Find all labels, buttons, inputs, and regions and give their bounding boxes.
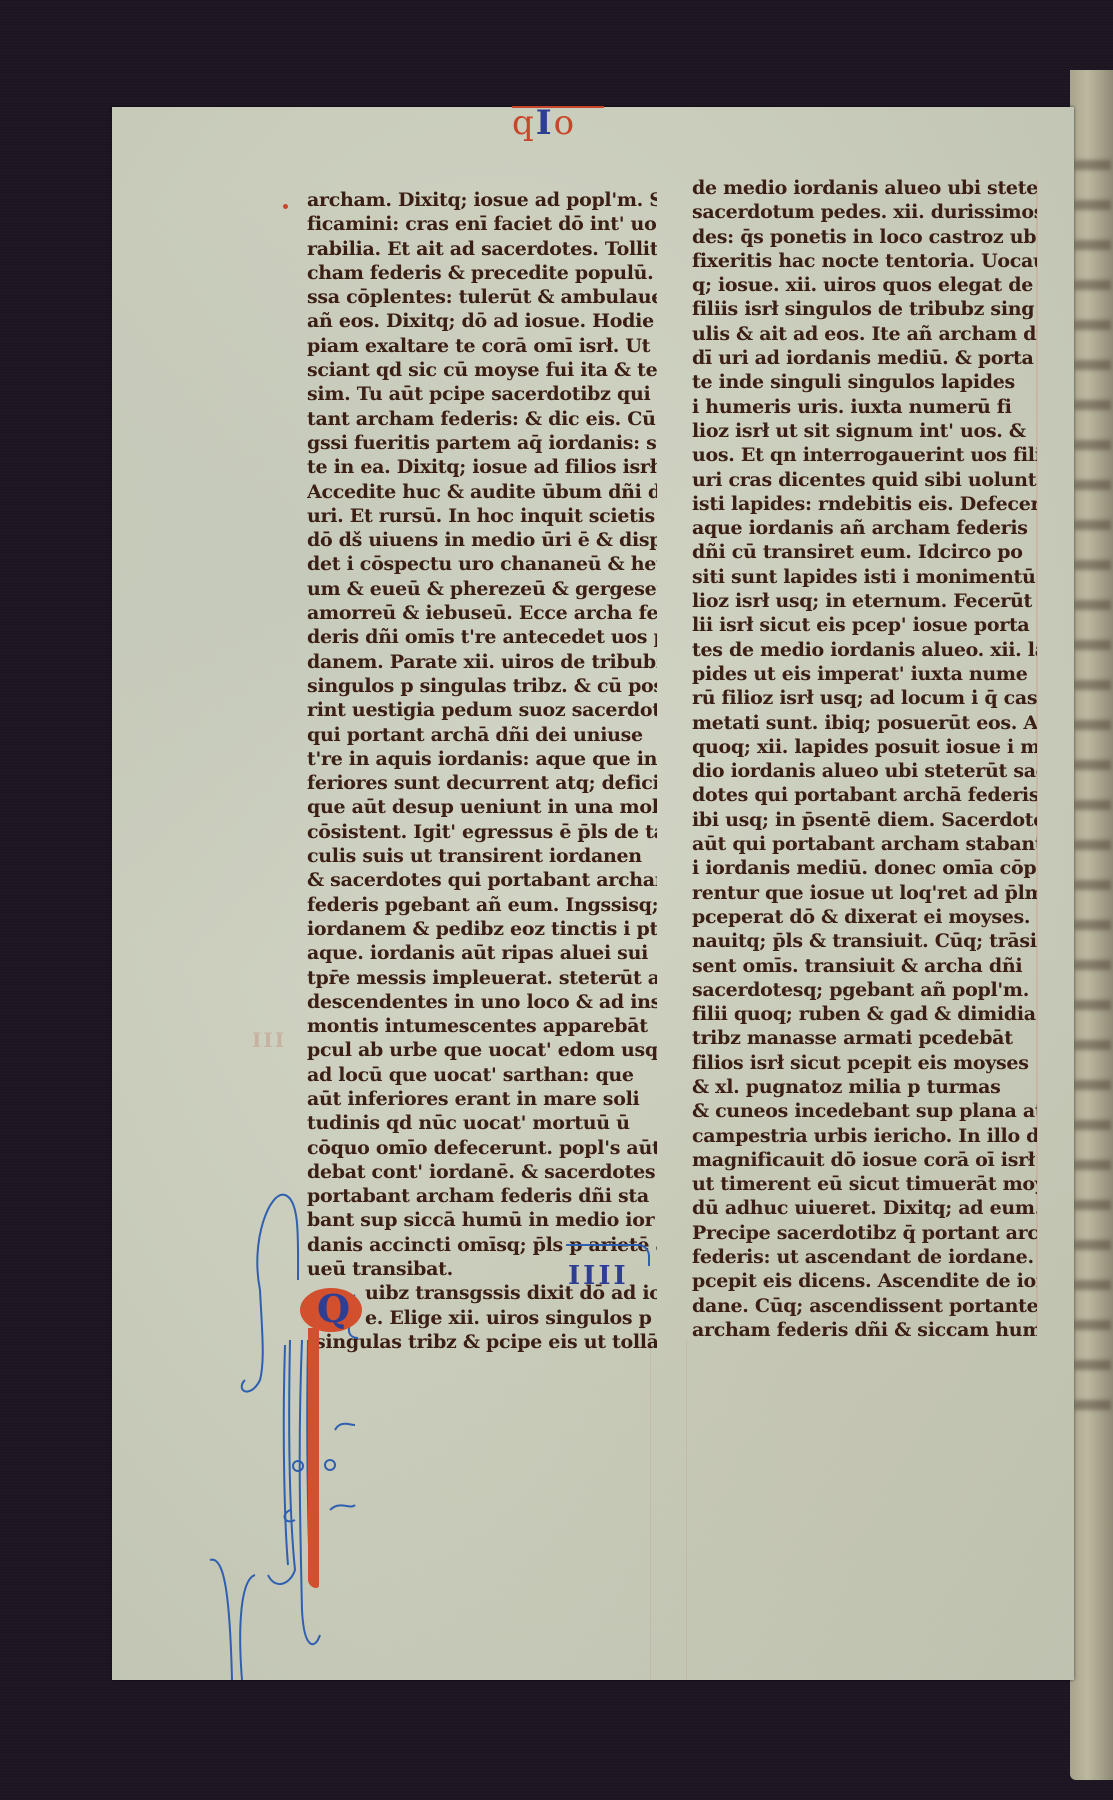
text-line: Precipe sacerdotibz q̄ portant archā [692,1221,1037,1245]
text-line: dane. Cūq; ascendissent portantes [692,1294,1037,1318]
text-line: cham federis & precedite populū. Q̄ i [307,261,657,285]
text-line: Accedite huc & audite ūbum dñi dei [307,480,657,504]
text-line: culis suis ut transirent iordanen [307,844,657,868]
text-line: piam exaltare te corā omī isrł. Ut [307,334,657,358]
text-line: filiis isrł singulos de tribubz sing [692,297,1037,321]
text-line: te in ea. Dixitq; iosue ad filios isrł. [307,455,657,479]
running-header-red-suffix: o [554,103,576,143]
text-line: metati sunt. ibiq; posuerūt eos. Alios [692,711,1037,735]
text-line: pceperat dō & dixerat ei moyses. Festi [692,905,1037,929]
chapter-marker-label: IIII [568,1261,629,1291]
text-line: federis pgebant añ eum. Ingssisq; [307,893,657,917]
ruling-line [686,1340,687,1680]
text-line: des: q̄s ponetis in loco castroz ubi [692,225,1037,249]
text-line: ad locū que uocat' sarthan: que [307,1063,657,1087]
text-line: pides ut eis imperat' iuxta nume [692,662,1037,686]
text-line: siti sunt lapides isti i monimentū fi [692,565,1037,589]
red-margin-dot [283,204,288,209]
text-line: uri. Et rursū. In hoc inquit scietis q [307,504,657,528]
text-line: dō dš uiuens in medio ūri ē & disp [307,528,657,552]
text-line: dotes qui portabant archā federis: & sūt [692,783,1037,807]
penwork-flourish-icon [190,1180,390,1680]
text-line: tant archam federis: & dic eis. Cū i [307,407,657,431]
text-line: aque iordanis añ archam federis [692,516,1037,540]
text-line: deris dñi omīs t're antecedet uos p ior [307,625,657,649]
text-line: tes de medio iordanis alueo. xii. la [692,638,1037,662]
text-line: montis intumescentes apparebāt [307,1014,657,1038]
text-line: ssa cōplentes: tulerūt & ambulauerūt [307,285,657,309]
text-line: cōquo omīo defecerunt. popl's aūt ince [307,1136,657,1160]
text-line: singulos p singulas tribz. & cū posue [307,674,657,698]
text-line: ficamini: cras enī faciet dō int' uos mi [307,212,657,236]
text-line: rabilia. Et ait ad sacerdotes. Tollite a… [307,237,657,261]
text-line: de medio iordanis alueo ubi steterūt [692,176,1037,200]
text-line: filii quoq; ruben & gad & dimidia [692,1002,1037,1026]
text-line: sim. Tu aūt pcipe sacerdotibz qui por [307,382,657,406]
text-line: rentur que iosue ut loq'ret ad p̄lm [692,881,1037,905]
text-line: tribz manasse armati pcedebāt [692,1026,1037,1050]
text-line: te inde singuli singulos lapides [692,370,1037,394]
decorated-initial-letter: Q [317,1286,350,1332]
text-line: campestria urbis iericho. In illo die [692,1124,1037,1148]
text-line: archam. Dixitq; iosue ad popl'm. Sācti [307,188,657,212]
text-line: i iordanis mediū. donec omīa cōple [692,856,1037,880]
text-line: dio iordanis alueo ubi steterūt sac [692,759,1037,783]
text-line: tudinis qd nūc uocat' mortuū ū [307,1111,657,1135]
text-line: lii isrł sicut eis pcep' iosue porta [692,613,1037,637]
text-line: det i cōspectu uro chananeū & hethe [307,552,657,576]
text-line: dñi cū transiret eum. Idcirco po [692,540,1037,564]
text-line: magnificauit dō iosue corā oī isrł [692,1148,1037,1172]
text-line: descendentes in uno loco & ad instar [307,990,657,1014]
text-line: sciant qd sic cū moyse fui ita & tecū [307,358,657,382]
text-line: federis: ut ascendant de iordane. Q̄ [692,1245,1037,1269]
text-line: filios isrł sicut pcepit eis moyses [692,1051,1037,1075]
text-line: dī uri ad iordanis mediū. & porta [692,346,1037,370]
text-line: q; iosue. xii. uiros quos elegat de [692,273,1037,297]
text-column-right: de medio iordanis alueo ubi steterūtsace… [692,176,1037,1342]
text-line: & cuneos incedebant sup plana atq; [692,1099,1037,1123]
text-line: aque. iordanis aūt ripas aluei sui [307,941,657,965]
text-line: feriores sunt decurrent atq; deficient: [307,771,657,795]
faint-margin-numeral: III [252,1028,286,1052]
running-header: qIo [512,103,576,143]
text-line: i humeris uris. iuxta numerū fi [692,395,1037,419]
text-line: aūt inferiores erant in mare soli [307,1087,657,1111]
text-line: fixeritis hac nocte tentoria. Uocauit [692,249,1037,273]
text-line: um & eueū & pherezeū & gergeseū q̄ & [307,577,657,601]
text-line: quoq; xii. lapides posuit iosue i me [692,735,1037,759]
text-line: lioz isrł ut sit signum int' uos. & [692,419,1037,443]
text-line: qui portant archā dñi dei uniuse [307,723,657,747]
running-header-red: q [512,103,536,143]
text-line: aūt qui portabant archam stabant [692,832,1037,856]
running-header-blue: I [536,103,554,143]
text-line: ulis & ait ad eos. Ite añ archam dñi [692,322,1037,346]
text-line: ut timerent eū sicut timuerāt moysē [692,1172,1037,1196]
text-line: sacerdotesq; pgebant añ popl'm. [692,978,1037,1002]
chapter-marker: IIII [568,1261,629,1291]
text-line: nauitq; p̄ls & transiuit. Cūq; trāsi [692,929,1037,953]
text-line: ibi usq; in p̄sentē diem. Sacerdotes [692,808,1037,832]
text-line: rū filioz isrł usq; ad locum i q̄ castra [692,686,1037,710]
text-line: pcepit eis dicens. Ascendite de ior [692,1269,1037,1293]
text-line: danem. Parate xii. uiros de tribubz isrł [307,650,657,674]
text-line: pcul ab urbe que uocat' edom usq; [307,1038,657,1062]
text-line: que aūt desup ueniunt in una mole [307,795,657,819]
text-line: rint uestigia pedum suoz sacerdotes [307,698,657,722]
text-line: amorreū & iebuseū. Ecce archa fe [307,601,657,625]
text-line: & xl. pugnatoz milia p turmas [692,1075,1037,1099]
text-line: isti lapides: rndebitis eis. Defecerūt [692,492,1037,516]
decorated-initial-tail [308,1328,319,1588]
text-line: lioz isrł usq; in eternum. Fecerūt ḡ fi [692,589,1037,613]
text-line: uos. Et qn interrogauerint uos filii [692,443,1037,467]
ruling-line [650,1340,651,1680]
text-line: añ eos. Dixitq; dō ad iosue. Hodie inci [307,309,657,333]
text-line: dū adhuc uiueret. Dixitq; ad eum. [692,1196,1037,1220]
text-line: gssi fueritis partem aq̄ iordanis: sta [307,431,657,455]
text-line: uri cras dicentes quid sibi uolunt [692,468,1037,492]
text-line: sacerdotum pedes. xii. durissimos lapi [692,200,1037,224]
text-line: t're in aquis iordanis: aque que in [307,747,657,771]
adjacent-page-edge [1070,70,1113,1780]
text-line: & sacerdotes qui portabant archam [307,868,657,892]
text-line: archam federis dñi & siccam humū [692,1318,1037,1342]
text-line: cōsistent. Igit' egressus ē p̄ls de tabn… [307,820,657,844]
text-line: sent omīs. transiuit & archa dñi [692,954,1037,978]
text-line: iordanem & pedibz eoz tinctis i ptē [307,917,657,941]
text-line: tpr̄e messis impleuerat. steterūt aq̄ [307,966,657,990]
